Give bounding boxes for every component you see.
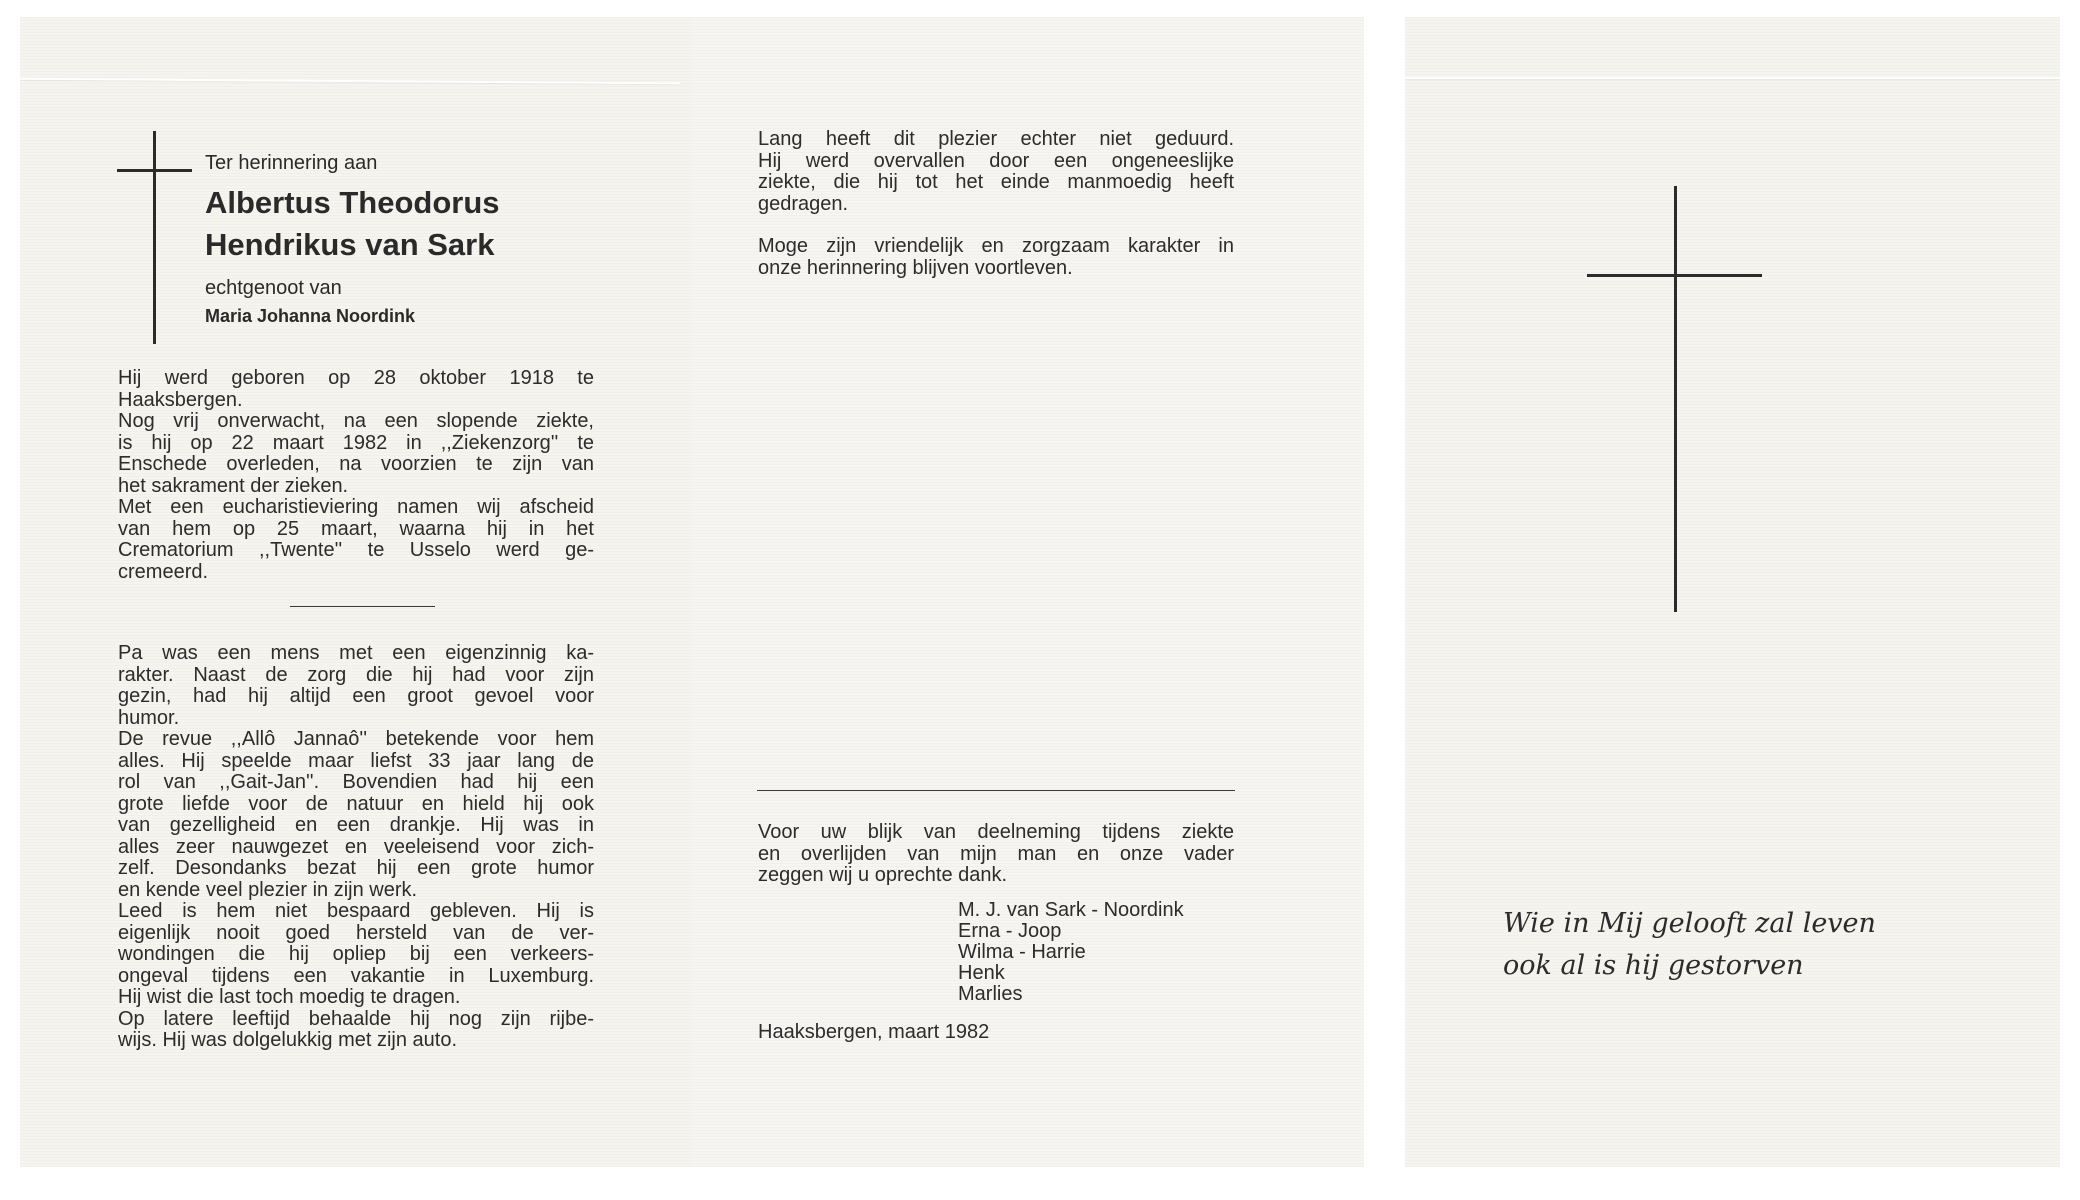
text-line: cremeerd. — [118, 562, 594, 584]
biography-paragraph-1: Hij werd geboren op 28 oktober 1918 teHa… — [118, 368, 594, 583]
text-line: Op latere leeftijd behaalde hij nog zijn… — [118, 1009, 594, 1031]
intro-text: Ter herinnering aan — [205, 152, 377, 175]
text-line: zeggen wij u oprechte dank. — [758, 865, 1234, 887]
text-line: het sakrament der zieken. — [118, 476, 594, 498]
paper-crease — [1405, 77, 2060, 79]
text-line: Met een eucharistieviering namen wij afs… — [118, 497, 594, 519]
text-line: Haaksbergen. — [118, 390, 594, 412]
text-line: Voor uw blijk van deelneming tijdens zie… — [758, 822, 1234, 844]
family-member-name: Erna - Joop — [958, 921, 1184, 942]
text-line: Pa was een mens met een eigenzinnig ka- — [118, 643, 594, 665]
section-divider — [290, 606, 435, 607]
text-line: alles. Hij speelde maar liefst 33 jaar l… — [118, 751, 594, 773]
remembrance-paragraph: Moge zijn vriendelijk en zorgzaam karakt… — [758, 236, 1234, 279]
text-line: Enschede overleden, na voorzien te zijn … — [118, 454, 594, 476]
text-line: grote liefde voor de natuur en hield hij… — [118, 794, 594, 816]
text-line: rakter. Naast de zorg die hij had voor z… — [118, 665, 594, 687]
text-line: Nog vrij onverwacht, na een slopende zie… — [118, 411, 594, 433]
place-date: Haaksbergen, maart 1982 — [758, 1021, 989, 1044]
section-divider — [757, 790, 1235, 791]
text-line: Crematorium ,,Twente'' te Usselo werd ge… — [118, 540, 594, 562]
spouse-label: echtgenoot van — [205, 277, 342, 300]
text-line: Leed is hem niet bespaard gebleven. Hij … — [118, 901, 594, 923]
text-line: eigenlijk nooit goed hersteld van de ver… — [118, 923, 594, 945]
family-member-name: Wilma - Harrie — [958, 942, 1184, 963]
thanks-paragraph: Voor uw blijk van deelneming tijdens zie… — [758, 822, 1234, 887]
card-right-panel — [1405, 17, 2060, 1167]
scripture-quote-line1: Wie in Mij gelooft zal leven — [1503, 903, 1876, 945]
family-member-name: Marlies — [958, 984, 1184, 1005]
text-line: ongeval tijdens een vakantie in Luxembur… — [118, 966, 594, 988]
text-line: wijs. Hij was dolgelukkig met zijn auto. — [118, 1030, 594, 1052]
family-member-name: Henk — [958, 963, 1184, 984]
spouse-name: Maria Johanna Noordink — [205, 306, 415, 327]
text-line: Lang heeft dit plezier echter niet geduu… — [758, 129, 1234, 151]
text-line: ziekte, die hij tot het einde manmoedig … — [758, 172, 1234, 194]
text-line: gedragen. — [758, 194, 1234, 216]
text-line: zelf. Desondanks bezat hij een grote hum… — [118, 858, 594, 880]
scripture-quote-line2: ook al is hij gestorven — [1503, 945, 1804, 987]
text-line: is hij op 22 maart 1982 in ,,Ziekenzorg'… — [118, 433, 594, 455]
deceased-name-line2: Hendrikus van Sark — [205, 227, 494, 263]
text-line: en overlijden van mijn man en onze vader — [758, 844, 1234, 866]
family-member-name: M. J. van Sark - Noordink — [958, 900, 1184, 921]
biography-paragraph-2: Pa was een mens met een eigenzinnig ka-r… — [118, 643, 594, 1052]
text-line: Hij werd geboren op 28 oktober 1918 te — [118, 368, 594, 390]
text-line: Hij werd overvallen door een ongeneeslij… — [758, 151, 1234, 173]
text-line: van hem op 25 maart, waarna hij in het — [118, 519, 594, 541]
deceased-name-line1: Albertus Theodorus — [205, 185, 500, 221]
illness-paragraph: Lang heeft dit plezier echter niet geduu… — [758, 129, 1234, 215]
text-line: rol van ,,Gait-Jan''. Bovendien had hij … — [118, 772, 594, 794]
text-line: alles zeer nauwgezet en veeleisend voor … — [118, 837, 594, 859]
text-line: humor. — [118, 708, 594, 730]
text-line: onze herinnering blijven voortleven. — [758, 258, 1234, 280]
text-line: van gezelligheid en een drankje. Hij was… — [118, 815, 594, 837]
card-fold-line — [690, 17, 693, 1167]
text-line: gezin, had hij altijd een groot gevoel v… — [118, 686, 594, 708]
family-signatures: M. J. van Sark - NoordinkErna - JoopWilm… — [958, 900, 1184, 1005]
text-line: en kende veel plezier in zijn werk. — [118, 880, 594, 902]
text-line: De revue ,,Allô Jannaô'' betekende voor … — [118, 729, 594, 751]
text-line: wondingen die hij opliep bij een verkeer… — [118, 944, 594, 966]
text-line: Hij wist die last toch moedig te dragen. — [118, 987, 594, 1009]
text-line: Moge zijn vriendelijk en zorgzaam karakt… — [758, 236, 1234, 258]
